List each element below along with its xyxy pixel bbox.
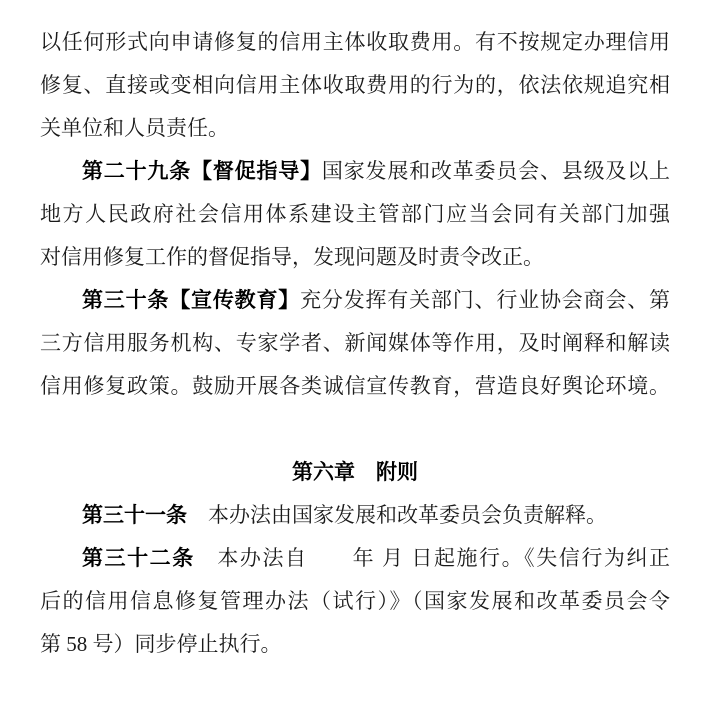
paragraph-fees-liability: 以任何形式向申请修复的信用主体收取费用。有不按规定办理信用 修复、直接或变相向信… — [40, 21, 670, 150]
article-30-text: 充分发挥有关部门、行业协会商会、第 — [300, 288, 670, 312]
paragraph-article-32: 第三十二条 本办法自 年 月 日起施行。《失信行为纠正 后的信用信息修复管理办法… — [40, 537, 670, 666]
document-line: 后的信用信息修复管理办法（试行）》（国家发展和改革委员会令 — [40, 580, 670, 623]
blank-line — [40, 408, 670, 451]
document-page: 以任何形式向申请修复的信用主体收取费用。有不按规定办理信用 修复、直接或变相向信… — [0, 0, 709, 702]
article-32-label: 第三十二条 — [82, 546, 195, 570]
document-line: 以任何形式向申请修复的信用主体收取费用。有不按规定办理信用 — [40, 21, 670, 64]
article-29-text: 国家发展和改革委员会、县级及以上 — [322, 159, 670, 183]
paragraph-article-30: 第三十条【宣传教育】充分发挥有关部门、行业协会商会、第 三方信用服务机构、专家学… — [40, 279, 670, 408]
paragraph-article-29: 第二十九条【督促指导】国家发展和改革委员会、县级及以上 地方人民政府社会信用体系… — [40, 150, 670, 279]
chapter-heading: 第六章 附则 — [40, 451, 670, 494]
document-line: 修复、直接或变相向信用主体收取费用的行为的，依法依规追究相 — [40, 64, 670, 107]
document-line: 第三十一条 本办法由国家发展和改革委员会负责解释。 — [40, 494, 670, 537]
article-31-text: 本办法由国家发展和改革委员会负责解释。 — [187, 503, 607, 527]
document-line: 第三十条【宣传教育】充分发挥有关部门、行业协会商会、第 — [40, 279, 670, 322]
document-line: 关单位和人员责任。 — [40, 107, 670, 150]
article-32-text: 本办法自 年 月 日起施行。《失信行为纠正 — [195, 546, 670, 570]
document-line: 第二十九条【督促指导】国家发展和改革委员会、县级及以上 — [40, 150, 670, 193]
document-line: 信用修复政策。鼓励开展各类诚信宣传教育，营造良好舆论环境。 — [40, 365, 670, 408]
document-line: 三方信用服务机构、专家学者、新闻媒体等作用，及时阐释和解读 — [40, 322, 670, 365]
document-line: 地方人民政府社会信用体系建设主管部门应当会同有关部门加强 — [40, 193, 670, 236]
paragraph-article-31: 第三十一条 本办法由国家发展和改革委员会负责解释。 — [40, 494, 670, 537]
article-30-label: 第三十条【宣传教育】 — [82, 288, 300, 312]
document-line: 对信用修复工作的督促指导，发现问题及时责令改正。 — [40, 236, 670, 279]
document-line: 第 58 号）同步停止执行。 — [40, 623, 670, 666]
document-line: 第三十二条 本办法自 年 月 日起施行。《失信行为纠正 — [40, 537, 670, 580]
article-29-label: 第二十九条【督促指导】 — [82, 159, 322, 183]
article-31-label: 第三十一条 — [82, 503, 187, 527]
